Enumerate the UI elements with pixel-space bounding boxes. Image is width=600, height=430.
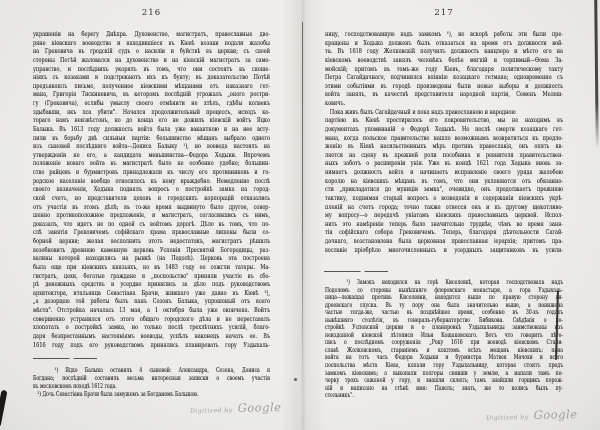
page-216-footnotes: ¹) Яцко Балыка оставилъ 4 сыновей: Алекс…	[33, 367, 270, 400]
watermark-prefix: Digitized by	[190, 407, 233, 415]
text-line: совершенно устранился отъ этого общаго г…	[33, 315, 270, 324]
text-line: мана, когда польское правительство нашло…	[325, 134, 563, 143]
text-line: управство, и послѣднихъ укорялъ въ томъ,…	[33, 65, 270, 74]
footnote-text-column: ¹) Яцко Балыка оставилъ 4 сыновей: Алекс…	[33, 367, 270, 399]
text-line: даря безпрестаннымъ настояніямъ воеводы,…	[33, 332, 270, 341]
text-line: ныхъ заботъ о расширеніи уніи. Уже въ ко…	[325, 159, 563, 168]
text-line: доказалъ, что идетъ не по одной съ войто…	[33, 220, 270, 229]
text-line: частью тогда-же, частью въ позднѣйшее вр…	[325, 309, 563, 317]
text-line: ковичъ.	[325, 99, 563, 108]
text-line: та. Въ 1618 году Жолкевскій получилъ дол…	[325, 47, 563, 56]
text-line: вославіе пріобрѣло многочисленныхъ и усе…	[325, 246, 563, 255]
body-text-column: украшеніи на берегу Днѣпра. Духовенство,…	[33, 30, 270, 349]
page-217-body: ницу, господствовавшую надъ замкомъ ¹), …	[325, 30, 563, 255]
text-line: тактику, поднимая старый вопросъ о возве…	[325, 194, 563, 203]
scan-artifact-edge-streak	[594, 0, 599, 149]
text-line: ницу, господствовавшую надъ замкомъ ¹), …	[325, 30, 563, 39]
text-line: тія софійскаго собора Грековичемъ. Тепер…	[325, 228, 563, 237]
text-line: Подоломъ со стороны нынѣшняго флоровскаг…	[325, 287, 563, 295]
text-line: кіевскомъ воеводствѣ занялъ человѣкъ бол…	[325, 56, 563, 65]
text-line: поспольства мѣста Кіева, копали гору Узд…	[325, 362, 563, 370]
text-line: женію въ Кіевѣ насильственныхъ мѣръ прот…	[325, 142, 563, 151]
text-line: на Грековича въ гродскій судъ о насиліи …	[33, 47, 270, 56]
text-line: мана, Григорія Тискиневича, въ которомъ …	[33, 90, 270, 99]
google-watermark: Digitized by Google	[190, 396, 270, 416]
text-line: войта на тотъ часъ Федора Ходыки и бурми…	[325, 354, 563, 362]
text-line: сти „прикладатися до муниціи замка", оче…	[325, 185, 563, 194]
footnote-separator	[324, 271, 388, 272]
text-line: Петра Сагайдачнаго, подчинился вліянію к…	[325, 73, 563, 82]
text-line: дачнаго, возстановлена была церковная пр…	[325, 237, 563, 246]
text-line: своего назначенія, Ходыка поднялъ вопрос…	[33, 185, 270, 194]
text-line: мѣста". Отстройка началась 13 мая, а 1 о…	[33, 306, 270, 315]
text-line: этими событіями въ городѣ произведены бы…	[325, 82, 563, 91]
text-line: королю на кіевскихъ мѣщанъ въ томъ, что …	[325, 177, 563, 186]
scan-artifact-margin-dot	[294, 378, 297, 381]
text-line: Богдана; послѣдній составилъ весьма инте…	[33, 375, 270, 383]
watermark-prefix: Digitized by	[486, 414, 529, 422]
text-line: неизданной кіевской лѣтописи Ильи Кощако…	[325, 332, 563, 340]
text-line: пленій на счетъ города; точно также отне…	[325, 203, 563, 212]
text-line: ряне кіевскаго воеводства и находившіеся…	[33, 39, 270, 48]
text-line: документахъ упоминаній о Федорѣ Ходыкѣ. …	[325, 125, 563, 134]
scan-artifact-ink-blob	[0, 390, 7, 427]
text-line: отъ участія въ этомъ дѣлѣ; въ то-же врем…	[33, 203, 270, 212]
text-line: нынѣшняго столѣтія, въ генералъ-губернат…	[325, 317, 563, 325]
page-gutter-line	[302, 22, 303, 388]
text-line: замкомъ кіевскимъ; а выкопали полгоры сн…	[325, 370, 563, 378]
text-line: му вопросу—о передачѣ уніатамъ кіевскихъ…	[325, 211, 563, 220]
text-line: Пока живъ былъ Сагайдачный и пока надъ п…	[325, 108, 563, 117]
page-number: 217	[325, 8, 563, 19]
text-line: ній и написано на стѣнѣ имя: Павелъ; зна…	[325, 385, 563, 393]
text-line: ляется на сцену въ прежней роли пособник…	[325, 151, 563, 160]
text-line: тораго намъ неизвѣстенъ, но до конца его…	[33, 116, 270, 125]
text-line: Балыка. Въ 1613 году должность войта был…	[33, 125, 270, 134]
text-line: „а дозорцею той работы былъ панъ Созонъ …	[33, 297, 270, 306]
text-line: гу (Грековича), еслибы умыслу своего отм…	[33, 99, 270, 108]
text-line: украшеніи на берегу Днѣпра. Духовенство,…	[33, 30, 270, 39]
text-line: кращены и Ходыка долженъ былъ отказаться…	[325, 39, 563, 48]
text-line: возобновить древнюю каменную церковь Усп…	[33, 246, 270, 255]
text-line: войта занялъ, въ качествѣ представителя …	[325, 90, 563, 99]
text-line: архитектора, итальянца Севастіана Брачи,…	[33, 289, 270, 298]
text-line: стельникъ".	[325, 392, 563, 400]
text-line: гистратъ, цехи, богатые граждане и „посп…	[33, 272, 270, 281]
text-line: нимаетъ должность войта и начинаетъ испр…	[325, 168, 563, 177]
text-line: стройкѣ Успенской церкви и о планировкѣ …	[325, 324, 563, 332]
page-216-body: украшеніи на берегу Днѣпра. Духовенство,…	[33, 30, 270, 350]
text-line: слѣ занятія Грековичемъ софійскаго храма…	[33, 228, 270, 237]
text-line: утвержденіи не его, а кандидата меньшинс…	[33, 151, 270, 160]
body-text-column: ницу, господствовавшую надъ замкомъ ¹), …	[325, 30, 563, 254]
text-line: хлопотать о постройкѣ замка, но только п…	[33, 323, 270, 332]
text-line: ¹) Замокъ находился на горѣ Киселевкѣ, к…	[325, 279, 563, 287]
text-line: пили въ борьбу двѣ сильныя партіи: больш…	[33, 134, 270, 143]
text-line: ¹) Яцко Балыка оставилъ 4 сыновей: Алекс…	[33, 367, 270, 375]
footnote-text-column: ¹) Замокъ находился на горѣ Киселевкѣ, к…	[325, 279, 563, 400]
footnote-separator	[33, 358, 97, 359]
text-line: дреевскаго спуска. Въ ту пору она была з…	[325, 302, 563, 310]
text-line: изъ сыновей послѣдняго войта—Дениса Балы…	[33, 142, 270, 151]
text-line: въ московскомъ походѣ 1612 года.	[33, 383, 270, 391]
text-line: черку трохъ саженей у гору, и знашли скл…	[325, 377, 563, 385]
text-line: нить это намѣреніе теперь было значитель…	[325, 220, 563, 229]
text-line: ніяхъ съ козаками и подстрекаютъ ихъ къ …	[33, 73, 270, 82]
text-line: ство райцевъ и бурмистровъ принадлежали …	[33, 168, 270, 177]
google-logo-text: Google	[238, 400, 282, 415]
google-watermark: Digitized by Google	[486, 403, 568, 423]
text-line: ской счетъ, но представители цеховъ и го…	[33, 194, 270, 203]
text-line: 1616 году подъ его руководствомъ приняли…	[33, 341, 270, 350]
text-line: славѣ Жолковскомъ, стараніемъ и коштомъ …	[325, 347, 563, 355]
google-logo-text: Google	[534, 407, 578, 422]
text-line: партіею въ Кіевѣ простиралось его покров…	[325, 116, 563, 125]
text-line: валины которой находились на рынкѣ (на П…	[33, 254, 270, 263]
text-line: здыбавши, якъ пса убити". Начался продол…	[33, 108, 270, 117]
text-line: была еще при кіевскихъ князьяхъ, но въ 1…	[33, 263, 270, 272]
text-line: пись о послѣднемъ сооруженіи: „Року 1616…	[325, 339, 563, 347]
text-line: мойскій; притомъ въ томъ-же году Кіевъ, …	[325, 65, 563, 74]
text-line: стороны Потѣй жаловался на духовенство и…	[33, 56, 270, 65]
text-line: ница—лежащая противъ Киселевки, находитс…	[325, 294, 563, 302]
text-line: шенно противоположное предложеніе, и маг…	[33, 211, 270, 220]
book-scan-spread: 216 украшеніи на берегу Днѣпра. Духовенс…	[0, 0, 600, 430]
page-217-footnotes: ¹) Замокъ находился на горѣ Киселевкѣ, к…	[325, 279, 563, 401]
text-line: рѣ денежныхъ средствъ и усердно принялис…	[33, 280, 270, 289]
text-line: родское населеніе вообще относилось къ н…	[33, 177, 270, 186]
page-number: 216	[33, 8, 270, 19]
text-line: предъявлялъ письмо, полученное кіевскими…	[33, 82, 270, 91]
text-line: борной церкви; желая восполнить этотъ не…	[33, 237, 270, 246]
text-line: положеніе новаго войта въ магистратѣ был…	[33, 159, 270, 168]
